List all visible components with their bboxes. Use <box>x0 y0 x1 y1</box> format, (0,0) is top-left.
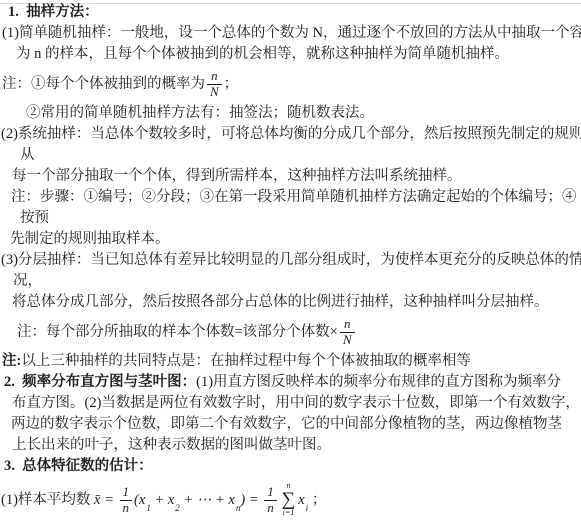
fraction-denominator: N <box>340 333 355 348</box>
text-run: 先制定的规则抽取样本。 <box>10 231 170 247</box>
fraction-denominator: N <box>207 85 222 100</box>
variable-subscript: 2 <box>175 504 180 513</box>
bold-text-run: 3. 总体特征数的估计： <box>4 458 153 474</box>
bold-text-run: 1. 抽样方法： <box>8 4 99 20</box>
line-note-1-1: 注：①每个个体被抽到的概率为nN； <box>0 65 581 103</box>
text-run: 为 n 的样本，且每个个体被抽到的机会相等，就称这种抽样为简单随机抽样。 <box>16 46 509 62</box>
line-note-2-3: 先制定的规则抽取样本。 <box>0 229 581 250</box>
variable-base: x <box>228 490 234 511</box>
text-run: 将总体分成几部分，然后按照各部分占总体的比例进行抽样，这种抽样叫分层抽样。 <box>12 294 549 310</box>
text-run: 况， <box>13 273 42 289</box>
subscripted-variable: x2 <box>168 490 180 511</box>
line-note-1-2: ②常用的简单随机抽样方法有：抽签法；随机数表法。 <box>0 103 581 124</box>
text-run: 以上三种抽样的共同特点是：在抽样过程中每个个体被抽取的概率相等 <box>21 353 471 369</box>
fraction: 1n <box>264 485 277 516</box>
fraction-numerator: n <box>341 317 354 332</box>
text-run: ； <box>308 490 326 511</box>
subscripted-variable: xi <box>298 490 308 511</box>
line-note-3-1: 注：每个部分所抽取的样本个体数=该部分个体数×nN <box>0 313 581 351</box>
text-run: (2)系统抽样：当总体个数较多时，可将总体均衡的分成几个部分，然后按照预先制定的… <box>1 126 581 142</box>
line-para-2b: 两边的数字表示个位数，即第二个有效数字，它的中间部分像植物的茎，两边像植物茎 <box>0 414 581 435</box>
text-run: ②常用的简单随机抽样方法有：抽签法；随机数表法。 <box>26 105 374 121</box>
text-run: 从 <box>20 147 35 163</box>
line-para-2a: 布直方图。(2)当数据是两位有效数字时，用中间的数字表示十位数，即第一个有效数字… <box>0 393 581 414</box>
text-run: 布直方图。(2)当数据是两位有效数字时，用中间的数字表示十位数，即第一个有效数字… <box>12 395 580 411</box>
line-heading-2: 2. 频率分布直方图与茎叶图：(1)用直方图反映样本的频率分布规律的直方图称为频… <box>0 372 581 393</box>
text-run: (1)用直方图反映样本的频率分布规律的直方图称为频率分 <box>196 374 561 390</box>
fraction-denominator: n <box>120 501 133 516</box>
text-run: 上长出来的叶子，这种表示数据的图叫做茎叶图。 <box>12 437 331 453</box>
variable-subscript: 1 <box>146 504 151 513</box>
document-body: 1. 抽样方法：(1)简单随机抽样：一般地，设一个总体的个数为 N，通过逐个不放… <box>0 0 581 523</box>
fraction-denominator: n <box>264 501 277 516</box>
text-run: 注：每个部分所抽取的样本个体数=该部分个体数× <box>17 322 338 343</box>
text-run: (1)简单随机抽样：一般地，设一个总体的个数为 N，通过逐个不放回的方法从中抽取… <box>2 25 581 41</box>
line-note-common: 注:以上三种抽样的共同特点是：在抽样过程中每个个体被抽取的概率相等 <box>0 351 581 372</box>
line-heading-1: 1. 抽样方法： <box>0 2 581 23</box>
fraction-numerator: 1 <box>264 485 277 500</box>
line-formula-sample-mean: (1)样本平均数 x̄ = 1n(x1 + x2 + ⋯ + xn) = 1nn… <box>0 477 581 523</box>
line-heading-3: 3. 总体特征数的估计： <box>0 456 581 477</box>
text-run: (3)分层抽样：当已知总体有差异比较明显的几部分组成时，为使样本更充分的反映总体… <box>1 252 581 268</box>
math-text: + ⋯ + <box>180 490 229 511</box>
text-run: 按预 <box>20 210 49 226</box>
math-text: = <box>100 490 117 511</box>
text-run: 两边的数字表示个位数，即第二个有效数字，它的中间部分像植物的茎，两边像植物茎 <box>11 416 562 432</box>
sigma-icon: ∑ <box>282 491 296 509</box>
variable-base: x <box>139 490 145 511</box>
text-run: 每一个部分抽取一个个体，得到所需样本，这种抽样方法叫系统抽样。 <box>12 168 462 184</box>
summation: n∑i=1 <box>282 482 296 518</box>
fraction-numerator: n <box>208 69 221 84</box>
subscripted-variable: xn <box>228 490 240 511</box>
math-text: ) = <box>240 490 262 511</box>
text-run: 注：①每个个体被抽到的概率为 <box>2 74 205 95</box>
fraction-numerator: 1 <box>120 485 133 500</box>
math-text: + <box>151 490 168 511</box>
line-para-1-3c: 将总体分成几部分，然后按照各部分占总体的比例进行抽样，这种抽样叫分层抽样。 <box>0 292 581 313</box>
variable-base: x <box>298 490 304 511</box>
line-para-1-2a: (2)系统抽样：当总体个数较多时，可将总体均衡的分成几个部分，然后按照预先制定的… <box>0 124 581 145</box>
bold-text-run: 2. 频率分布直方图与茎叶图： <box>4 374 196 390</box>
text-run: 注：步骤：①编号；②分段；③在第一段采用简单随机抽样方法确定起始的个体编号；④ <box>11 189 577 205</box>
line-note-2-1: 注：步骤：①编号；②分段；③在第一段采用简单随机抽样方法确定起始的个体编号；④ <box>0 187 581 208</box>
fraction: 1n <box>120 485 133 516</box>
text-run: ； <box>224 74 239 95</box>
variable-subscript: n <box>236 504 241 513</box>
line-para-1-3b: 况， <box>0 271 581 292</box>
line-para-1-1a: (1)简单随机抽样：一般地，设一个总体的个数为 N，通过逐个不放回的方法从中抽取… <box>0 23 581 44</box>
line-para-1-2b: 从 <box>0 145 581 166</box>
line-para-1-2c: 每一个部分抽取一个个体，得到所需样本，这种抽样方法叫系统抽样。 <box>0 166 581 187</box>
line-para-1-3a: (3)分层抽样：当已知总体有差异比较明显的几部分组成时，为使样本更充分的反映总体… <box>0 250 581 271</box>
subscripted-variable: x1 <box>139 490 151 511</box>
summation-lower-limit: i=1 <box>283 509 295 518</box>
fraction: nN <box>340 317 355 348</box>
line-note-2-2: 按预 <box>0 208 581 229</box>
bold-text-run: 注: <box>2 353 21 369</box>
text-run: (1)样本平均数 <box>1 490 94 511</box>
variable-subscript: i <box>306 504 309 513</box>
line-para-1-1b: 为 n 的样本，且每个个体被抽到的机会相等，就称这种抽样为简单随机抽样。 <box>0 44 581 65</box>
document-page: 1. 抽样方法：(1)简单随机抽样：一般地，设一个总体的个数为 N，通过逐个不放… <box>0 0 581 524</box>
fraction: nN <box>207 69 222 100</box>
line-para-2c: 上长出来的叶子，这种表示数据的图叫做茎叶图。 <box>0 435 581 456</box>
variable-base: x <box>168 490 174 511</box>
